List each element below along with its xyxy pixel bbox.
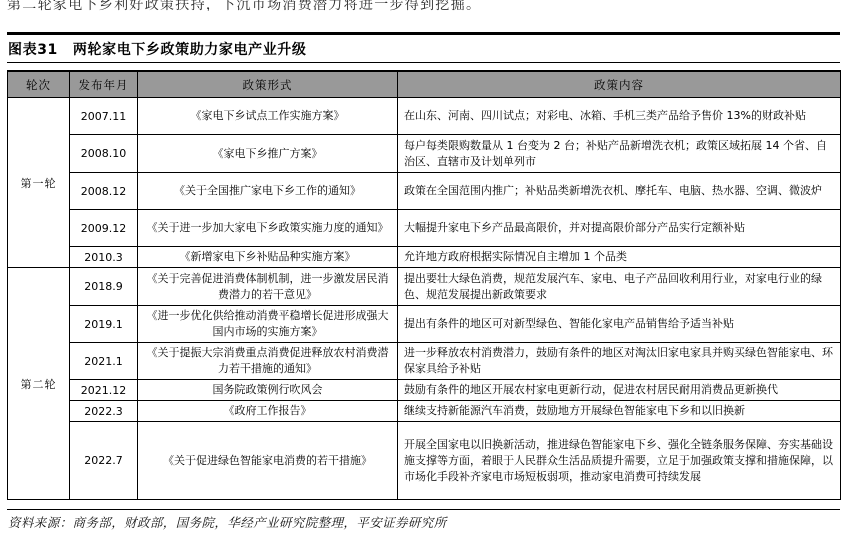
form-cell: 《新增家电下乡补贴品种实施方案》 — [138, 247, 398, 268]
table-header-row: 轮次 发布年月 政策形式 政策内容 — [8, 71, 841, 98]
table-row: 第一轮 2007.11 《家电下乡试点工作实施方案》 在山东、河南、四川试点；对… — [8, 98, 841, 135]
form-cell: 《政府工作报告》 — [138, 401, 398, 422]
table-row: 2021.12 国务院政策例行吹风会 鼓励有条件的地区开展农村家电更新行动，促进… — [8, 380, 841, 401]
table-row: 第二轮 2018.9 《关于完善促进消费体制机制，进一步激发居民消费潜力的若干意… — [8, 268, 841, 306]
header-round: 轮次 — [8, 71, 70, 98]
form-cell: 国务院政策例行吹风会 — [138, 380, 398, 401]
table-row: 2008.12 《关于全国推广家电下乡工作的通知》 政策在全国范围内推广；补贴品… — [8, 173, 841, 210]
content-cell: 鼓励有条件的地区开展农村家电更新行动，促进农村居民耐用消费品更新换代 — [398, 380, 841, 401]
date-cell: 2019.1 — [70, 306, 138, 343]
table-row: 2022.3 《政府工作报告》 继续支持新能源汽车消费，鼓励地方开展绿色智能家电… — [8, 401, 841, 422]
table-row: 2021.1 《关于提振大宗消费重点消费促进释放农村消费潜力若干措施的通知》 进… — [8, 343, 841, 380]
date-cell: 2021.12 — [70, 380, 138, 401]
content-cell: 政策在全国范围内推广；补贴品类新增洗衣机、摩托车、电脑、热水器、空调、微波炉 — [398, 173, 841, 210]
content-cell: 继续支持新能源汽车消费，鼓励地方开展绿色智能家电下乡和以旧换新 — [398, 401, 841, 422]
figure-label: 图表31 — [8, 39, 58, 59]
content-cell: 提出要壮大绿色消费，规范发展汽车、家电、电子产品回收利用行业，对家电行业的绿色、… — [398, 268, 841, 306]
source-text: 资料来源：商务部，财政部，国务院，华经产业研究院整理，平安证券研究所 — [7, 510, 840, 533]
form-cell: 《关于促进绿色智能家电消费的若干措施》 — [138, 422, 398, 500]
date-cell: 2022.3 — [70, 401, 138, 422]
content-cell: 每户每类限购数量从 1 台变为 2 台；补贴产品新增洗衣机；政策区域拓展 14 … — [398, 135, 841, 173]
date-cell: 2008.12 — [70, 173, 138, 210]
form-cell: 《关于全国推广家电下乡工作的通知》 — [138, 173, 398, 210]
form-cell: 《关于提振大宗消费重点消费促进释放农村消费潜力若干措施的通知》 — [138, 343, 398, 380]
title-rule-bottom — [7, 62, 840, 63]
form-cell: 《关于进一步加大家电下乡政策实施力度的通知》 — [138, 210, 398, 247]
date-cell: 2018.9 — [70, 268, 138, 306]
date-cell: 2009.12 — [70, 210, 138, 247]
table-row: 2009.12 《关于进一步加大家电下乡政策实施力度的通知》 大幅提升家电下乡产… — [8, 210, 841, 247]
header-content: 政策内容 — [398, 71, 841, 98]
date-cell: 2022.7 — [70, 422, 138, 500]
round-cell: 第一轮 — [8, 98, 70, 268]
form-cell: 《关于完善促进消费体制机制，进一步激发居民消费潜力的若干意见》 — [138, 268, 398, 306]
content-cell: 开展全国家电以旧换新活动，推进绿色智能家电下乡、强化全链条服务保障、夯实基础设施… — [398, 422, 841, 500]
source-block: 资料来源：商务部，财政部，国务院，华经产业研究院整理，平安证券研究所 — [7, 509, 840, 533]
intro-paragraph: 第二轮家电下乡利好政策扶持，下沉市场消费潜力将进一步得到挖掘。 — [7, 0, 840, 11]
table-row: 2022.7 《关于促进绿色智能家电消费的若干措施》 开展全国家电以旧换新活动，… — [8, 422, 841, 500]
header-date: 发布年月 — [70, 71, 138, 98]
content-cell: 允许地方政府根据实际情况自主增加 1 个品类 — [398, 247, 841, 268]
figure-heading: 图表31 两轮家电下乡政策助力家电产业升级 — [7, 35, 840, 62]
header-form: 政策形式 — [138, 71, 398, 98]
figure-title: 两轮家电下乡政策助力家电产业升级 — [73, 39, 307, 59]
form-cell: 《进一步优化供给推动消费平稳增长促进形成强大国内市场的实施方案》 — [138, 306, 398, 343]
date-cell: 2010.3 — [70, 247, 138, 268]
form-cell: 《家电下乡试点工作实施方案》 — [138, 98, 398, 135]
date-cell: 2007.11 — [70, 98, 138, 135]
table-row: 2019.1 《进一步优化供给推动消费平稳增长促进形成强大国内市场的实施方案》 … — [8, 306, 841, 343]
table-row: 2008.10 《家电下乡推广方案》 每户每类限购数量从 1 台变为 2 台；补… — [8, 135, 841, 173]
content-cell: 在山东、河南、四川试点；对彩电、冰箱、手机三类产品给予售价 13%的财政补贴 — [398, 98, 841, 135]
intro-text: 第二轮家电下乡利好政策扶持，下沉市场消费潜力将进一步得到挖掘。 — [7, 0, 840, 11]
date-cell: 2021.1 — [70, 343, 138, 380]
content-cell: 进一步释放农村消费潜力，鼓励有条件的地区对淘汰旧家电家具并购买绿色智能家电、环保… — [398, 343, 841, 380]
table-row: 2010.3 《新增家电下乡补贴品种实施方案》 允许地方政府根据实际情况自主增加… — [8, 247, 841, 268]
round-cell: 第二轮 — [8, 268, 70, 500]
content-cell: 提出有条件的地区可对新型绿色、智能化家电产品销售给予适当补贴 — [398, 306, 841, 343]
policy-table: 轮次 发布年月 政策形式 政策内容 第一轮 2007.11 《家电下乡试点工作实… — [7, 70, 841, 500]
content-cell: 大幅提升家电下乡产品最高限价，并对提高限价部分产品实行定额补贴 — [398, 210, 841, 247]
report-page: 第二轮家电下乡利好政策扶持，下沉市场消费潜力将进一步得到挖掘。 图表31 两轮家… — [7, 0, 840, 533]
date-cell: 2008.10 — [70, 135, 138, 173]
form-cell: 《家电下乡推广方案》 — [138, 135, 398, 173]
